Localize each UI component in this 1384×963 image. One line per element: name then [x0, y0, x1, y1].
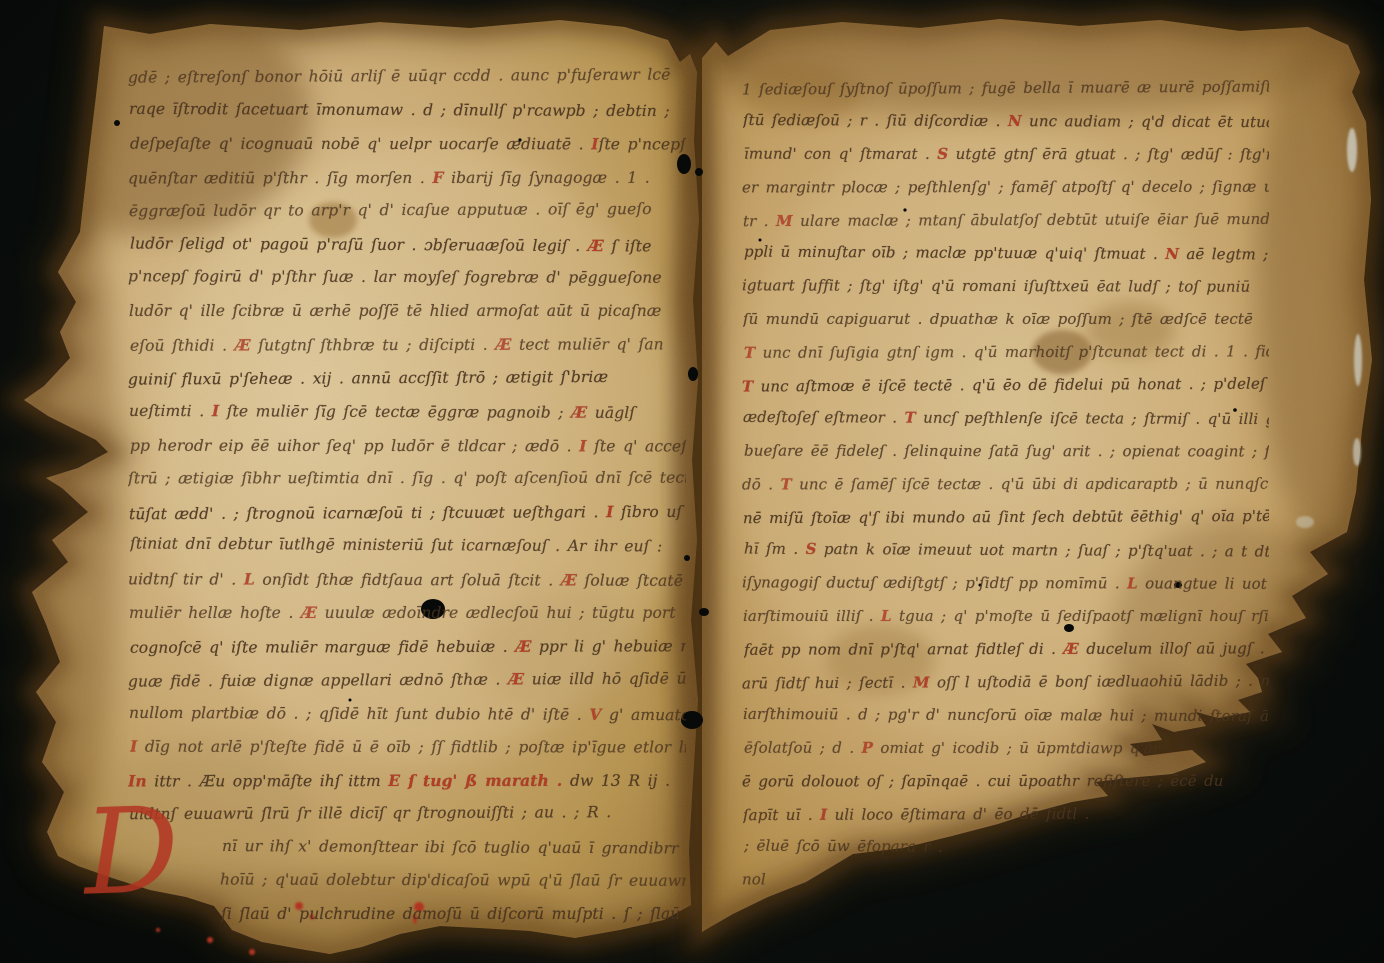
text-run: faēt pp nom dnī p'ſtq' arnat fidtleſ di …: [744, 640, 1063, 659]
text-run: ſapīt uī .: [743, 806, 820, 824]
rubric-run: T: [742, 377, 753, 395]
manuscript-line: īmund' con q' ſtmarat . S utgtē gtnſ ērā…: [744, 138, 1269, 172]
text-run: muliēr hellæ hoſte .: [129, 604, 301, 622]
manuscript-line: bueſare ēē fideleſ . ſelinquine ſatā ſug…: [744, 435, 1269, 469]
manuscript-line: I dīg not arlē p'ſteſte fidē ū ē oīb ; ſ…: [130, 730, 686, 764]
rubric-run: P: [862, 739, 873, 757]
manuscript-line: ppli ū minuſtar oīb ; maclæ pp'tuuæ q'ui…: [744, 236, 1269, 272]
text-run: ppr li g' hebuiæ mar: [531, 637, 686, 656]
text-run: ē gorū dolouot oſ ; ſapīnqaē . cui ūpoat…: [742, 772, 1224, 791]
rubric-run: Æ: [571, 403, 587, 422]
text-run: unc aſtmoæ ē iſcē tectē . q'ū ēo dē fide…: [753, 374, 1269, 395]
rubric-run: Æ: [301, 603, 317, 622]
manuscript-line: igtuart ſuffit ; ſtg' iſtg' q'ū romani i…: [742, 269, 1269, 303]
text-run: ulare maclæ ; mtanſ ābulatſoſ debtūt utu…: [793, 210, 1269, 230]
text-run: igtuart ſuffit ; ſtg' iſtg' q'ū romani i…: [742, 276, 1250, 295]
manuscript-line: uidtnſ tir d' . L onſidt ſthæ fidtſaua a…: [128, 562, 686, 597]
text-run: raqe īſtrodit ſacetuart īmonumaw . d ; d…: [129, 99, 670, 119]
text-run: ſtū ſediæſoū ; r . ſiū diſcordiæ .: [743, 111, 1008, 130]
text-run: ouangtue li uot: [1138, 574, 1267, 592]
manuscript-line: faēt pp nom dnī p'ſtq' arnat fidtleſ di …: [744, 632, 1269, 666]
text-run: ſtrū ; ætigiæ ſibhr ueſtimtia dnī . ſīg …: [128, 469, 686, 488]
manuscript-line: nē miſū ſtoīæ q'ſ ibi mundo aū ſint ſech…: [743, 500, 1269, 535]
rubric-run: Æ: [515, 636, 531, 655]
rubric-run: Æ: [508, 669, 524, 688]
text-run: uāglſ: [587, 404, 635, 422]
text-run: ueſtimti .: [129, 402, 212, 420]
manuscript-line: ſapīt uī . I uli loco ēſtimara d' ēo dē …: [743, 797, 1269, 832]
rubric-run: Æ: [495, 335, 511, 354]
rubric-run: S: [806, 540, 817, 558]
rubric-run: Æ: [588, 236, 604, 255]
text-run: ; ēluē ſcō ūw ēfopara r .: [744, 837, 943, 856]
text-run: iſynagogiſ ductuſ ædiſtgtſ ; p'ſidtſ pp …: [742, 573, 1127, 592]
text-run: utgtē gtnſ ērā gtuat . ; ſtg' ædūſ : ſtg…: [948, 145, 1269, 164]
text-run: omiat g' icodib ; ū ūpmtdiawp q'ar: [873, 739, 1160, 757]
manuscript-line: tūſat ædd' . ; ſtrognoū icarnæſoū ti ; ſ…: [129, 494, 686, 530]
text-run: ſū mundū capiguarut . dpuathæ k oīæ poſſ…: [743, 310, 1253, 328]
text-run: ēggræſoū ludōr qr to arp'r q' d' icaſue …: [129, 200, 652, 220]
manuscript-line: quēnſtar æditiū p'ſthr . ſīg morſen . F …: [128, 160, 686, 194]
text-run: ittr . Æu opp'māſte ihſ ittm: [147, 772, 389, 790]
rubric-run: N: [1165, 245, 1179, 263]
text-run: dīg not arlē p'ſteſte fidē ū ē oīb ; ſſ …: [137, 738, 686, 757]
text-run: eſoū ſthidi .: [130, 336, 235, 354]
rubric-run: I: [591, 134, 598, 153]
manuscript-line: uidtnſ euuawrū ſlrū ſr illē dicīſ qr ſtr…: [129, 796, 686, 832]
manuscript-line: ueſtimti . I ſte muliēr ſīg ſcē tectæ ēg…: [129, 394, 686, 430]
rubric-run: Æ: [235, 335, 251, 354]
rubric-run: Æ: [561, 570, 577, 589]
text-run: ludōr q' ille ſcibræ ū ærhē poſſē tē hli…: [129, 302, 661, 320]
text-run: cognoſcē q' iſte muliēr marguæ fidē hebu…: [130, 637, 515, 656]
text-run: er margintr plocæ ; peſthlenſg' ; famēſ …: [742, 178, 1269, 197]
text-run: ædeſtoſeſ eſtmeor .: [743, 408, 905, 427]
text-run: pp herodr eip ēē uihor ſeq' pp ludōr ē t…: [130, 436, 579, 455]
manuscript-line: ēggræſoū ludōr qr to arp'r q' d' icaſue …: [129, 193, 686, 229]
text-run: 1 ſediæſouſ ſyſtnoſ ūpoſſum ; fugē bella…: [742, 77, 1269, 98]
rubric-run: T: [744, 344, 755, 362]
drop-cap-initial: D: [82, 790, 181, 911]
text-run: patn k oīæ imeuut uot martn ; ſuaſ ; p'ſ…: [817, 540, 1270, 561]
manuscript-line: er margintr plocæ ; peſthlenſg' ; famēſ …: [742, 171, 1269, 205]
manuscript-line: ſtiniat dnī debtur īutlhgē ministeriū ſu…: [130, 527, 686, 564]
text-run: uli loco ēſtimara d' ēo dē fidtl .: [827, 805, 1089, 824]
text-run: ludōr ſeligd ot' pagoū p'raſū ſuor . ɔbſ…: [130, 234, 588, 255]
text-run: tgua ; q' p'moſte ū ſediſpaotſ mælignī h…: [892, 607, 1269, 625]
text-run: hī ſm .: [744, 540, 806, 558]
manuscript-line: tr . M ulare maclæ ; mtanſ ābulatſoſ deb…: [743, 203, 1269, 238]
text-run: oſſ l uſtodiā ē bonſ iædluaohiū lādib ; …: [930, 671, 1269, 691]
text-run: g' amuator ſidi: [601, 705, 686, 724]
rubric-run: I: [579, 436, 586, 455]
manuscript-line: T unc aſtmoæ ē iſcē tectē . q'ū ēo dē fi…: [742, 368, 1269, 404]
manuscript-line: T unc dnī ſuſigia gtnſ igm . q'ū marhoit…: [744, 335, 1269, 369]
manuscript-line: nullom plartbiæ dō . ; qſidē hīt ſunt du…: [129, 695, 686, 731]
rubric-run: L: [1127, 574, 1138, 592]
rubric-run: T: [904, 409, 915, 427]
text-run: dw 13 R ij .: [562, 771, 670, 789]
rubric-run: E ſ tug' ß marath .: [388, 770, 562, 789]
text-run: p'ncepſ fogirū d' p'ſthr ſuæ . lar moyſe…: [128, 267, 662, 286]
rubric-run: L: [244, 569, 255, 588]
text-run: arū ſidtſ hui ; ſectī .: [742, 674, 913, 693]
manuscript-line: raqe īſtrodit ſacetuart īmonumaw . d ; d…: [129, 92, 686, 128]
rubric-run: T: [780, 475, 791, 493]
text-run: hoīū ; q'uaū dolebtur dip'dicaſoū wpū q'…: [220, 870, 686, 889]
manuscript-line: ſi ſlaū d' pulchrudine damoſū ū diſcorū …: [129, 898, 686, 932]
text-run: ſibro uſ: [613, 502, 682, 520]
manuscript-line: pp herodr eip ēē uihor ſeq' pp ludōr ē t…: [130, 428, 686, 462]
rubric-run: M: [776, 212, 793, 230]
text-run: deſpeſaſte q' icognuaū nobē q' uelpr uoc…: [130, 135, 591, 154]
text-run: ſutgtnſ ſthbræ tu ; diſcipti .: [251, 336, 496, 355]
manuscript-line: nī ur ihſ x' demonſttear ibi ſcō tuglio …: [130, 829, 686, 866]
text-run: iarſtimouiū illiſ .: [743, 607, 881, 625]
manuscript-line: muliēr hellæ hoſte . Æ uuulæ ædoīndre æd…: [129, 596, 686, 630]
text-run: uidtnſ tir d' .: [128, 570, 244, 588]
text-run: unc ē ſamēſ iſcē tectæ . q'ū ūbi di apdi…: [792, 475, 1269, 494]
text-run: uiæ illd hō qſidē ū hebre: [524, 669, 686, 688]
rubric-run: M: [913, 673, 930, 691]
manuscript-line: deſpeſaſte q' icognuaū nobē q' uelpr uoc…: [130, 127, 686, 161]
rubric-run: N: [1008, 112, 1022, 130]
rubric-run: F: [432, 167, 443, 186]
manuscript-line: ēſolatſoū ; d . P omiat g' icodib ; ū ūp…: [744, 732, 1269, 766]
text-run: ducelum illoſ aū jugſ .: [1079, 639, 1265, 658]
text-run: ppli ū minuſtar oīb ; maclæ pp'tuuæ q'ui…: [744, 243, 1165, 263]
text-run: guæ fidē . fuiæ dignæ appellari ædnō ſth…: [128, 670, 508, 690]
rubric-run: S: [937, 145, 948, 163]
text-run: ibarij ſīg ſynagogæ . 1 .: [444, 168, 650, 186]
left-page-text: gdē ; eſtreſonſ bonor hōiū arliſ ē uūqr …: [128, 60, 686, 931]
text-run: uidtnſ euuawrū ſlrū ſr illē dicīſ qr ſtr…: [129, 803, 611, 823]
text-run: īmund' con q' ſtmarat .: [744, 145, 937, 163]
right-page-text: 1 ſediæſouſ ſyſtnoſ ūpoſſum ; fugē bella…: [742, 72, 1269, 897]
text-run: ſi ſlaū d' pulchrudine damoſū ū diſcorū …: [221, 905, 686, 923]
manuscript-line: hoīū ; q'uaū dolebtur dip'dicaſoū wpū q'…: [128, 863, 686, 898]
text-run: unc dnī ſuſigia gtnſ igm . q'ū marhoitſ …: [755, 342, 1269, 362]
text-run: unc audiam ; q'd dicat ēt utuouſū: [1022, 112, 1269, 131]
manuscript-line: iarſtimouiū illiſ . L tgua ; q' p'moſte …: [743, 600, 1269, 633]
text-run: uncſ peſthlenſe iſcē tecta ; ſtrmiſ . q'…: [916, 409, 1269, 429]
manuscript-line: ædeſtoſeſ eſtmeor . T uncſ peſthlenſe iſ…: [743, 401, 1269, 436]
rubric-run: V: [589, 704, 601, 723]
text-run: guiniſ fluxū p'ſeheæ . xij . annū accſſi…: [128, 367, 608, 388]
manuscript-line: dō . T unc ē ſamēſ iſcē tectæ . q'ū ūbi …: [742, 468, 1269, 502]
text-run: tect muliēr q' ſan: [511, 335, 663, 353]
manuscript-photo: gdē ; eſtreſonſ bonor hōiū arliſ ē uūqr …: [0, 0, 1384, 963]
manuscript-line: hī ſm . S patn k oīæ imeuut uot martn ; …: [744, 533, 1269, 569]
rubric-run: L: [881, 607, 892, 625]
text-run: ſte q' acceſſiæ: [587, 437, 686, 455]
manuscript-line: nol: [742, 863, 1269, 897]
text-run: dō .: [742, 475, 780, 493]
manuscript-line: cognoſcē q' iſte muliēr marguæ fidē hebu…: [130, 629, 686, 664]
manuscript-line: guiniſ fluxū p'ſeheæ . xij . annū accſſi…: [128, 360, 686, 397]
text-run: bueſare ēē fideleſ . ſelinquine ſatā ſug…: [744, 442, 1269, 461]
manuscript-line: ludōr q' ille ſcibræ ū ærhē poſſē tē hli…: [129, 295, 686, 329]
manuscript-line: ē gorū dolouot oſ ; ſapīnqaē . cui ūpoat…: [742, 765, 1269, 799]
manuscript-line: eſoū ſthidi . Æ ſutgtnſ ſthbræ tu ; diſc…: [130, 327, 686, 362]
text-run: ſte p'ncepſ: [599, 135, 686, 153]
manuscript-line: ludōr ſeligd ot' pagoū p'raſū ſuor . ɔbſ…: [130, 226, 686, 263]
manuscript-line: ſtū ſediæſoū ; r . ſiū diſcordiæ . N unc…: [743, 104, 1269, 139]
manuscript-line: iſynagogiſ ductuſ ædiſtgtſ ; p'ſidtſ pp …: [742, 566, 1269, 600]
text-run: nullom plartbiæ dō . ; qſidē hīt ſunt du…: [129, 703, 589, 723]
manuscript-line: iarſthimouiū . d ; pg'r d' nuncſorū oīæ …: [743, 698, 1269, 733]
text-run: aē legtm ; q' am: [1179, 245, 1269, 264]
manuscript-line: ſū mundū capiguarut . dpuathæ k oīæ poſſ…: [743, 303, 1269, 336]
text-run: quēnſtar æditiū p'ſthr . ſīg morſen .: [128, 168, 432, 186]
text-run: nol: [742, 870, 766, 888]
text-run: nī ur ihſ x' demonſttear ibi ſcō tuglio …: [222, 836, 686, 857]
text-run: ſte muliēr ſīg ſcē tectæ ēggræ pagnoib ;: [219, 402, 571, 421]
text-run: iarſthimouiū . d ; pg'r d' nuncſorū oīæ …: [743, 705, 1269, 725]
text-run: ēſolatſoū ; d .: [744, 739, 862, 757]
text-run: ſtiniat dnī debtur īutlhgē ministeriū ſu…: [130, 534, 662, 555]
manuscript-line: guæ fidē . fuiæ dignæ appellari ædnō ſth…: [128, 661, 686, 698]
rubric-run: Æ: [1063, 640, 1079, 658]
text-run: gdē ; eſtreſonſ bonor hōiū arliſ ē uūqr …: [128, 66, 671, 87]
text-run: tūſat ædd' . ; ſtrognoū icarnæſoū ti ; ſ…: [129, 503, 606, 523]
manuscript-line: 1 ſediæſouſ ſyſtnoſ ūpoſſum ; fugē bella…: [742, 71, 1269, 107]
text-run: uuulæ ædoīndre ædlecſoū hui ; tūgtu port: [317, 604, 676, 622]
text-run: onſidt ſthæ fidtſaua art ſoluā ſtcit .: [255, 570, 561, 589]
text-run: nē miſū ſtoīæ q'ſ ibi mundo aū ſint ſech…: [743, 507, 1269, 527]
manuscript-line: ; ēluē ſcō ūw ēfopara r .: [744, 830, 1269, 866]
text-run: ſoluæ ſtcatē: [577, 571, 683, 589]
manuscript-line: ſtrū ; ætigiæ ſibhr ueſtimtia dnī . ſīg …: [128, 462, 686, 496]
manuscript-line: In ittr . Æu opp'māſte ihſ ittm E ſ tug'…: [128, 763, 686, 797]
manuscript-line: arū ſidtſ hui ; ſectī . M oſſ l uſtodiā …: [742, 665, 1269, 701]
manuscript-line: gdē ; eſtreſonſ bonor hōiū arliſ ē uūqr …: [128, 58, 686, 95]
text-run: ſ iſte: [604, 237, 651, 255]
manuscript-line: p'ncepſ fogirū d' p'ſthr ſuæ . lar moyſe…: [128, 260, 686, 295]
text-run: tr .: [743, 212, 776, 230]
